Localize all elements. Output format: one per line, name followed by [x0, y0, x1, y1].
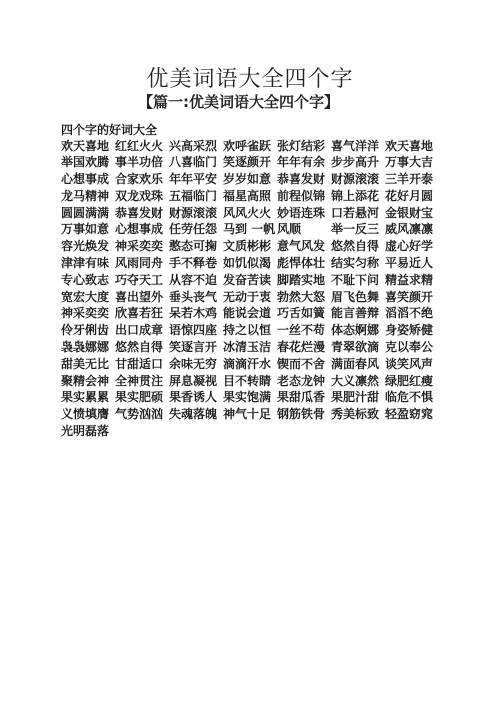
idiom-item: 红红火火: [115, 138, 163, 155]
idiom-item: 马到 一帆: [223, 221, 271, 238]
idiom-item: 义愤填膺: [61, 406, 109, 423]
idiom-item: 目不转睛: [223, 373, 271, 390]
idiom-item: 龙马精神: [61, 188, 109, 205]
idiom-item: 风顺: [277, 221, 325, 238]
idiom-item: 憨态可掬: [169, 238, 217, 255]
idiom-item: 身姿矫健: [385, 322, 433, 339]
idiom-item: 锦上添花: [331, 188, 379, 205]
idiom-item: 威风凛凛: [385, 221, 433, 238]
idiom-item: 果甜瓜香: [277, 389, 325, 406]
idiom-item: 巧舌如簧: [277, 305, 325, 322]
idiom-item: 欢天喜地: [61, 138, 109, 155]
idiom-item: 万事如意: [61, 221, 109, 238]
idiom-item: 手不释卷: [169, 255, 217, 272]
idiom-item: 八喜临门: [169, 154, 217, 171]
idiom-item: 精益求精: [385, 272, 433, 289]
idiom-item: 一丝不苟: [277, 322, 325, 339]
idiom-item: 笑逐言开: [169, 339, 217, 356]
idiom-item: 喜出望外: [115, 289, 163, 306]
idiom-item: 大义凛然: [331, 373, 379, 390]
idiom-item: 不耻下问: [331, 272, 379, 289]
idiom-item: 欢呼雀跃: [223, 138, 271, 155]
idiom-item: 口若悬河: [331, 205, 379, 222]
idiom-item: 喜笑颜开: [385, 289, 433, 306]
idiom-item: 轻盈窈窕: [385, 406, 433, 423]
idiom-item: 垂头丧气: [169, 289, 217, 306]
idiom-item: 万事大吉: [385, 154, 433, 171]
document-subtitle: 【篇一:优美词语大全四个字】: [138, 91, 339, 112]
idiom-item: 年年有余: [277, 154, 325, 171]
idiom-item: 心想事成: [115, 221, 163, 238]
idiom-item: 文质彬彬: [223, 238, 271, 255]
idiom-item: 果实饱满: [223, 389, 271, 406]
idiom-item: 无动于衷: [223, 289, 271, 306]
idiom-item: 勃然大怒: [277, 289, 325, 306]
idiom-item: 五福临门: [169, 188, 217, 205]
idiom-item: 福星高照: [223, 188, 271, 205]
idiom-item: 绿肥红瘦: [385, 373, 433, 390]
idiom-item: 出口成章: [115, 322, 163, 339]
idiom-item: 年年平安: [169, 171, 217, 188]
idiom-item: 脚踏实地: [277, 272, 325, 289]
idiom-item: 笑逐颜开: [223, 154, 271, 171]
idiom-item: 恭喜发财: [115, 205, 163, 222]
idiom-item: 津津有味: [61, 255, 109, 272]
idiom-list: 欢天喜地红红火火兴高采烈欢呼雀跃张灯结彩喜气洋洋欢天喜地举国欢腾事半功倍八喜临门…: [61, 138, 439, 440]
idiom-item: 果肥汁甜: [331, 389, 379, 406]
idiom-item: 果香诱人: [169, 389, 217, 406]
idiom-item: 甜美无比: [61, 356, 109, 373]
idiom-item: 前程似锦: [277, 188, 325, 205]
idiom-item: 妙语连珠: [277, 205, 325, 222]
idiom-item: 恭喜发财: [277, 171, 325, 188]
idiom-item: 滔滔不绝: [385, 305, 433, 322]
idiom-item: 兴高采烈: [169, 138, 217, 155]
idiom-item: 失魂落魄: [169, 406, 217, 423]
idiom-item: 巧夺天工: [115, 272, 163, 289]
idiom-item: 甘甜适口: [115, 356, 163, 373]
idiom-item: 谈笑风声: [385, 356, 433, 373]
idiom-item: 发奋苦读: [223, 272, 271, 289]
idiom-item: 容光焕发: [61, 238, 109, 255]
idiom-item: 圆圆满满: [61, 205, 109, 222]
idiom-item: 光明磊落: [61, 423, 109, 440]
section-heading: 四个字的好词大全: [61, 121, 157, 138]
idiom-item: 专心致志: [61, 272, 109, 289]
idiom-item: 神采奕奕: [115, 238, 163, 255]
idiom-item: 结实匀称: [331, 255, 379, 272]
idiom-item: 悠然自得: [331, 238, 379, 255]
idiom-item: 宽宏大度: [61, 289, 109, 306]
idiom-item: 余味无穷: [169, 356, 217, 373]
idiom-item: 语惊四座: [169, 322, 217, 339]
idiom-item: 平易近人: [385, 255, 433, 272]
idiom-item: 能言善辩: [331, 305, 379, 322]
idiom-item: 伶牙俐齿: [61, 322, 109, 339]
idiom-item: 从容不迫: [169, 272, 217, 289]
idiom-item: 气势汹汹: [115, 406, 163, 423]
idiom-item: 风雨同舟: [115, 255, 163, 272]
idiom-item: 金银财宝: [385, 205, 433, 222]
idiom-item: 临危不惧: [385, 389, 433, 406]
idiom-item: 任劳任怨: [169, 221, 217, 238]
idiom-item: 欢天喜地: [385, 138, 433, 155]
idiom-item: 张灯结彩: [277, 138, 325, 155]
idiom-item: 持之以恒: [223, 322, 271, 339]
idiom-item: 悠然自得: [115, 339, 163, 356]
idiom-item: 神采奕奕: [61, 305, 109, 322]
idiom-item: 三羊开泰: [385, 171, 433, 188]
idiom-item: 欣喜若狂: [115, 305, 163, 322]
idiom-item: 秀美标致: [331, 406, 379, 423]
idiom-item: 果实累累: [61, 389, 109, 406]
idiom-item: 眉飞色舞: [331, 289, 379, 306]
idiom-item: 举一反三: [331, 221, 379, 238]
idiom-item: 财源滚滚: [169, 205, 217, 222]
idiom-item: 冰清玉洁: [223, 339, 271, 356]
idiom-item: 神气十足: [223, 406, 271, 423]
idiom-item: 合家欢乐: [115, 171, 163, 188]
idiom-item: 喜气洋洋: [331, 138, 379, 155]
idiom-item: 花好月圆: [385, 188, 433, 205]
idiom-item: 双龙戏珠: [115, 188, 163, 205]
idiom-item: 春花烂漫: [277, 339, 325, 356]
idiom-item: 心想事成: [61, 171, 109, 188]
idiom-item: 老态龙钟: [277, 373, 325, 390]
document-title: 优美词语大全四个字: [0, 62, 500, 93]
idiom-item: 能说会道: [223, 305, 271, 322]
idiom-item: 彪悍体壮: [277, 255, 325, 272]
idiom-item: 满面春风: [331, 356, 379, 373]
idiom-item: 果实肥硕: [115, 389, 163, 406]
idiom-item: 风风火火: [223, 205, 271, 222]
idiom-item: 滴滴汗水: [223, 356, 271, 373]
idiom-item: 袅袅娜娜: [61, 339, 109, 356]
idiom-item: 虚心好学: [385, 238, 433, 255]
idiom-item: 事半功倍: [115, 154, 163, 171]
idiom-item: 步步高升: [331, 154, 379, 171]
idiom-item: 全神贯注: [115, 373, 163, 390]
idiom-item: 钢筋铁骨: [277, 406, 325, 423]
idiom-item: 聚精会神: [61, 373, 109, 390]
idiom-item: 财源滚滚: [331, 171, 379, 188]
idiom-item: 呆若木鸡: [169, 305, 217, 322]
idiom-item: 举国欢腾: [61, 154, 109, 171]
idiom-item: 如饥似渴: [223, 255, 271, 272]
idiom-item: 意气风发: [277, 238, 325, 255]
idiom-item: 体态婀娜: [331, 322, 379, 339]
idiom-item: 青翠欲滴: [331, 339, 379, 356]
idiom-item: 克以奉公: [385, 339, 433, 356]
idiom-item: 岁岁如意: [223, 171, 271, 188]
idiom-item: 屏息凝视: [169, 373, 217, 390]
idiom-item: 锲而不舍: [277, 356, 325, 373]
